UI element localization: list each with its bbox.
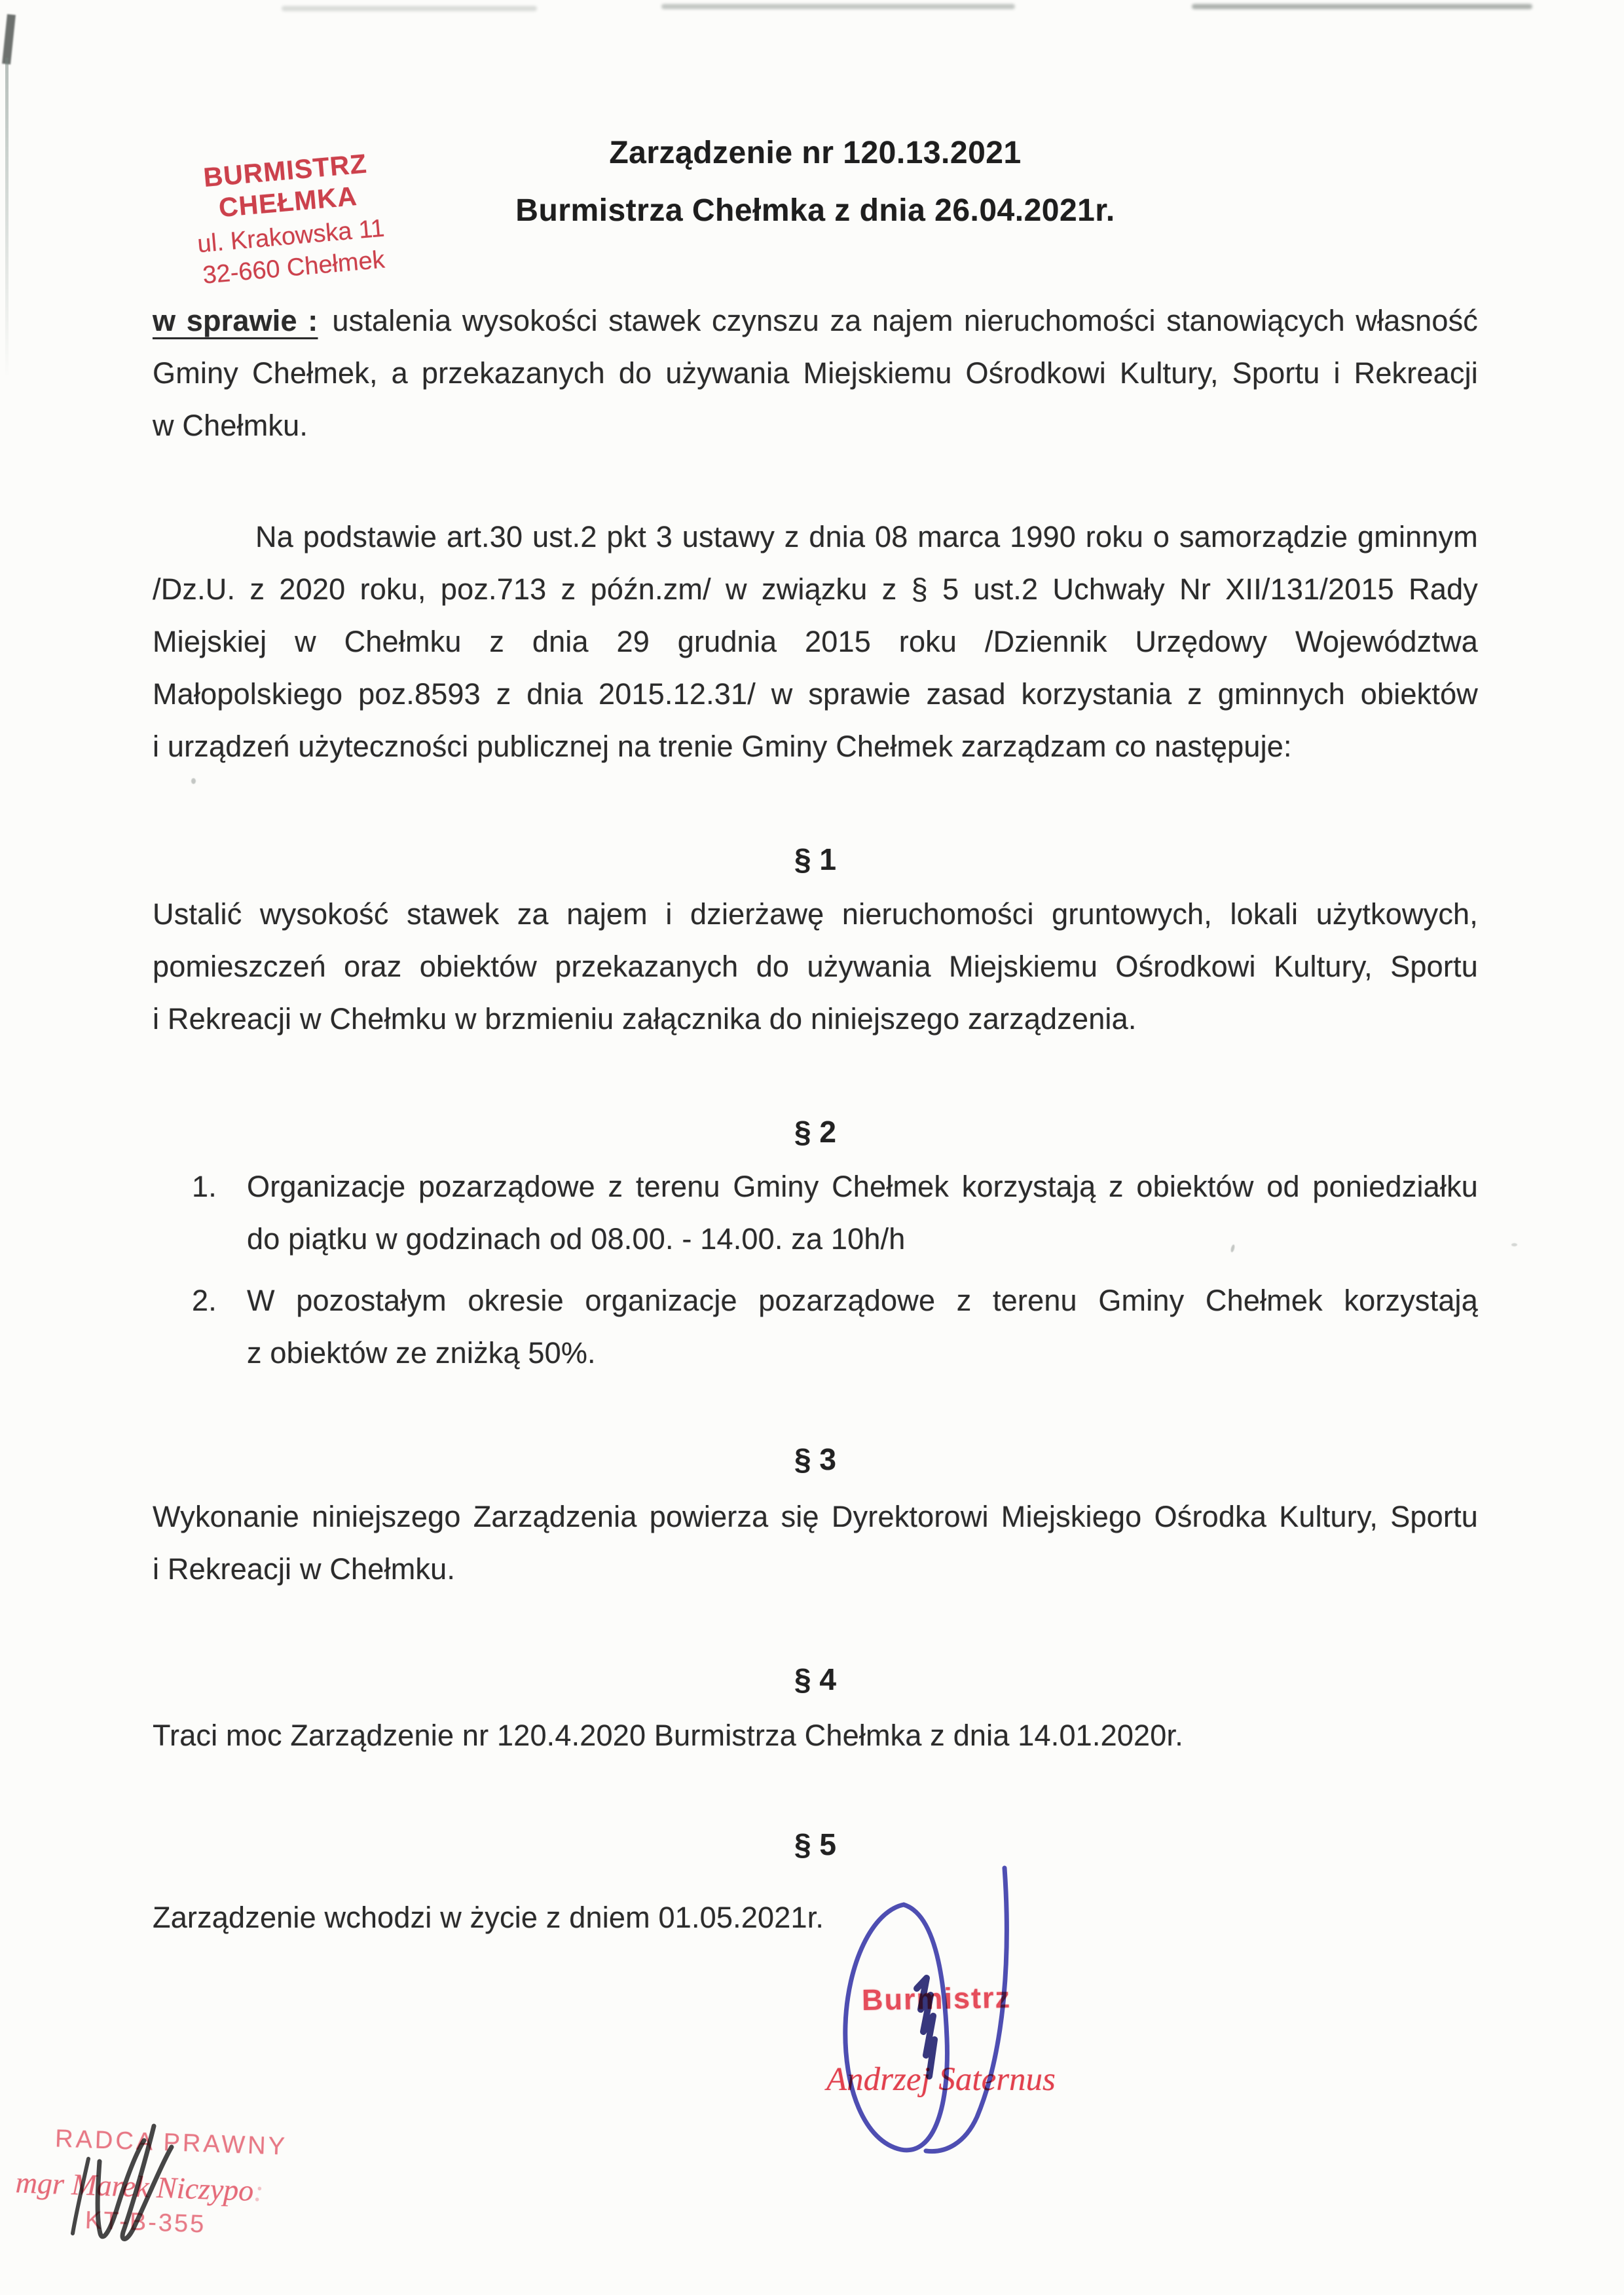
scan-smudge	[282, 6, 537, 11]
section-1-paragraph: Ustalić wysokość stawek za najem i dzier…	[153, 888, 1478, 1045]
section-2-heading: § 2	[153, 1106, 1478, 1158]
subject-rest-lines: Gminy Chełmek, a przekazanych do używani…	[153, 347, 1478, 452]
section-4-paragraph: Traci moc Zarządzenie nr 120.4.2020 Burm…	[153, 1709, 1478, 1762]
legal-basis-paragraph: Na podstawie art.30 ust.2 pkt 3 ustawy z…	[153, 511, 1478, 773]
text-line: i Rekreacji w Chełmku w brzmieniu załącz…	[153, 993, 1478, 1045]
list-item-text: W pozostałym okresie organizacje pozarzą…	[247, 1275, 1478, 1379]
list-item: 1. Organizacje pozarządowe z terenu Gmin…	[247, 1161, 1478, 1265]
text-line: Traci moc Zarządzenie nr 120.4.2020 Burm…	[153, 1709, 1478, 1762]
text-line: pomieszczeń oraz obiektów przekazanych d…	[153, 941, 1478, 993]
counsel-name-faded-tail: :	[253, 2174, 264, 2208]
scan-speck	[191, 778, 196, 784]
section-1-heading: § 1	[153, 833, 1478, 886]
scan-smudge	[661, 4, 1015, 9]
text-line: W pozostałym okresie organizacje pozarzą…	[247, 1275, 1478, 1327]
subject-paragraph: w sprawie :ustalenia wysokości stawek cz…	[153, 295, 1478, 452]
text-line: /Dz.U. z 2020 roku, poz.713 z późn.zm/ w…	[153, 563, 1478, 616]
text-line: Organizacje pozarządowe z terenu Gminy C…	[247, 1161, 1478, 1213]
text-line: Miejskiej w Chełmku z dnia 29 grudnia 20…	[153, 616, 1478, 668]
text-line: Ustalić wysokość stawek za najem i dzier…	[153, 888, 1478, 941]
section-3-paragraph: Wykonanie niniejszego Zarządzenia powier…	[153, 1491, 1478, 1595]
text-line: w Chełmku.	[153, 400, 1478, 452]
list-item-number: 1.	[192, 1161, 217, 1213]
scan-smudge	[1192, 4, 1532, 9]
title-line-number: Zarządzenie nr 120.13.2021	[153, 124, 1478, 182]
text-line: z obiektów ze zniżką 50%.	[247, 1327, 1478, 1379]
text-line: i urządzeń użyteczności publicznej na tr…	[153, 720, 1478, 773]
subject-label: w sprawie :	[153, 304, 318, 337]
text-line: Na podstawie art.30 ust.2 pkt 3 ustawy z…	[153, 511, 1478, 563]
section-4-heading: § 4	[153, 1653, 1478, 1706]
counsel-handwritten-signature	[46, 2116, 203, 2260]
text-line: do piątku w godzinach od 08.00. - 14.00.…	[247, 1213, 1478, 1265]
text-line: Gminy Chełmek, a przekazanych do używani…	[153, 347, 1478, 400]
document-title: Zarządzenie nr 120.13.2021 Burmistrza Ch…	[153, 124, 1478, 240]
subject-text: ustalenia wysokości stawek czynszu za na…	[332, 304, 1478, 337]
scan-corner-artifact	[2, 14, 16, 65]
text-line: Wykonanie niniejszego Zarządzenia powier…	[153, 1491, 1478, 1543]
scan-edge-artifact	[5, 58, 9, 379]
text-line: Małopolskiego poz.8593 z dnia 2015.12.31…	[153, 668, 1478, 720]
mayor-handwritten-signature	[812, 1827, 1035, 2168]
section-3-heading: § 3	[153, 1433, 1478, 1485]
title-line-issuer: Burmistrza Chełmka z dnia 26.04.2021r.	[153, 182, 1478, 240]
scan-speck	[1511, 1243, 1517, 1246]
section-2-list: 1. Organizacje pozarządowe z terenu Gmin…	[247, 1161, 1478, 1379]
subject-first-line: w sprawie :ustalenia wysokości stawek cz…	[153, 295, 1478, 347]
scanned-document-page: BURMISTRZ CHEŁMKA ul. Krakowska 11 32-66…	[0, 0, 1624, 2295]
list-item-text: Organizacje pozarządowe z terenu Gminy C…	[247, 1161, 1478, 1265]
list-item-number: 2.	[192, 1275, 217, 1327]
list-item: 2. W pozostałym okresie organizacje poza…	[247, 1275, 1478, 1379]
text-line: i Rekreacji w Chełmku.	[153, 1543, 1478, 1595]
